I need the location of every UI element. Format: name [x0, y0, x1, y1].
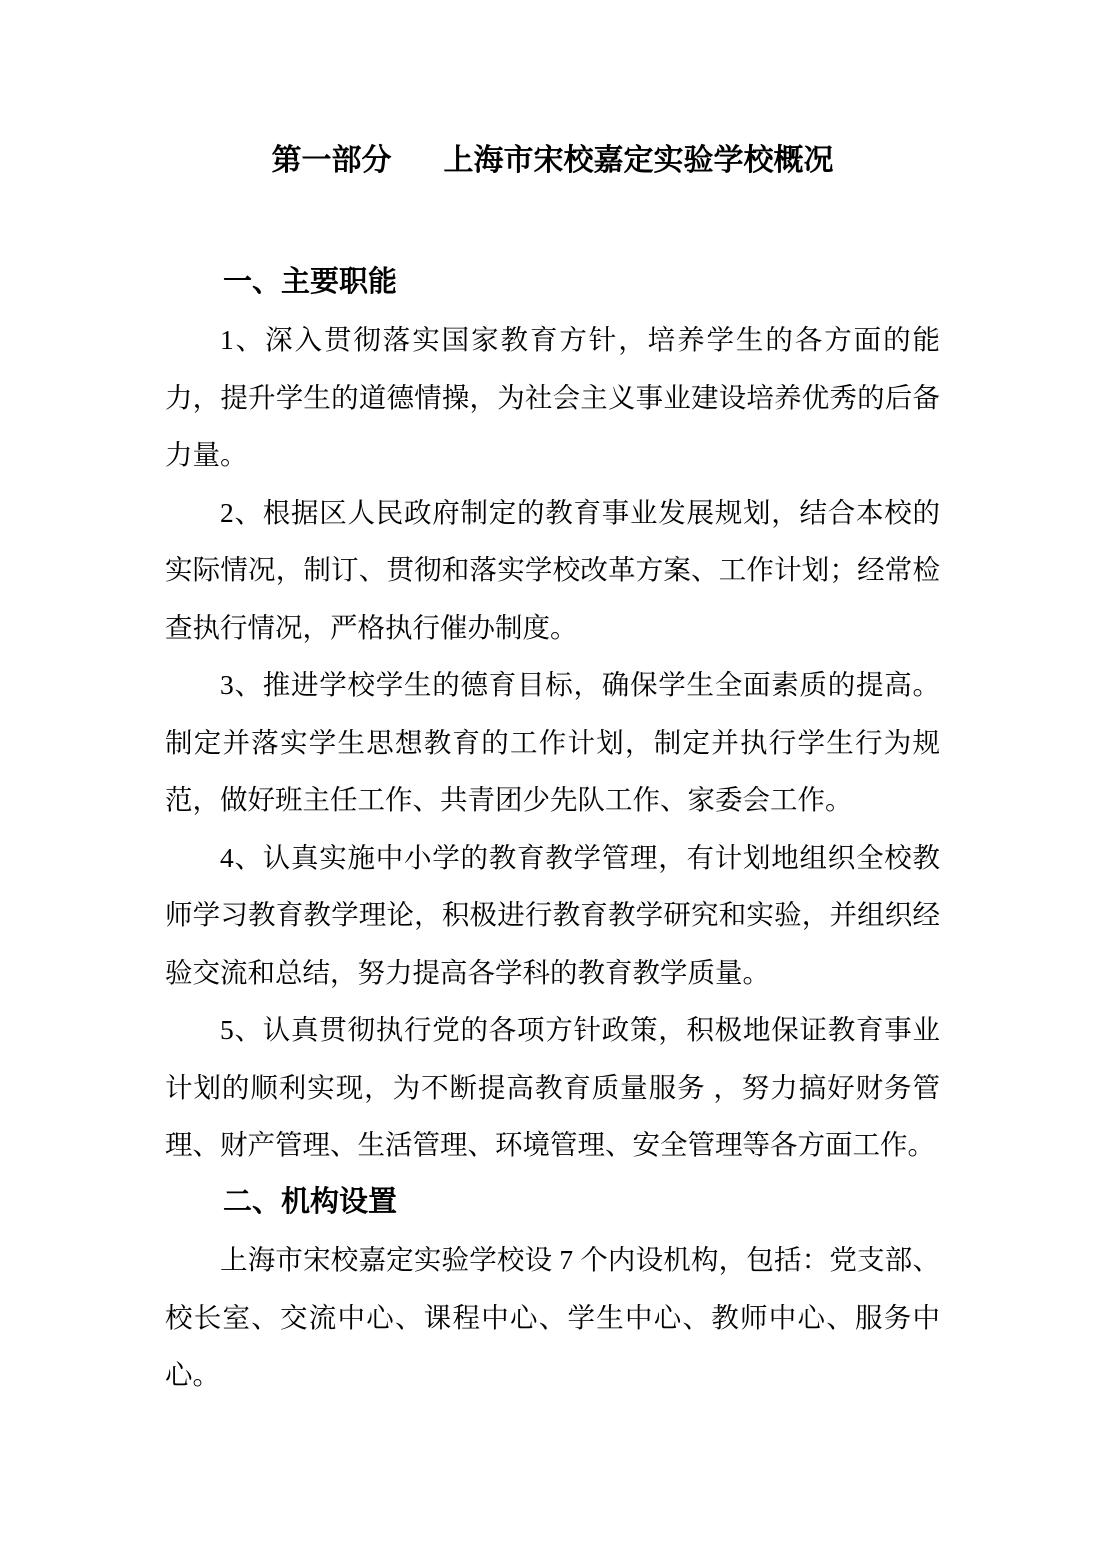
document-title: 第一部分上海市宋校嘉定实验学校概况 — [165, 132, 940, 190]
document-page: 第一部分上海市宋校嘉定实验学校概况 一、主要职能 1、深入贯彻落实国家教育方针，… — [0, 0, 1102, 1559]
section-2-paragraph-1: 上海市宋校嘉定实验学校设 7 个内设机构，包括：党支部、校长室、交流中心、课程中… — [165, 1231, 940, 1404]
title-part-label: 第一部分 — [272, 144, 392, 177]
section-1-paragraph-4: 4、认真实施中小学的教育教学管理，有计划地组织全校教师学习教育教学理论，积极进行… — [165, 829, 940, 1002]
section-1-paragraph-2: 2、根据区人民政府制定的教育事业发展规划，结合本校的实际情况，制订、贯彻和落实学… — [165, 484, 940, 657]
section-1-heading: 一、主要职能 — [165, 254, 940, 312]
section-1-paragraph-3: 3、推进学校学生的德育目标，确保学生全面素质的提高。制定并落实学生思想教育的工作… — [165, 656, 940, 829]
section-2-heading: 二、机构设置 — [165, 1174, 940, 1232]
document-content: 第一部分上海市宋校嘉定实验学校概况 一、主要职能 1、深入贯彻落实国家教育方针，… — [0, 0, 1102, 1404]
title-main-text: 上海市宋校嘉定实验学校概况 — [444, 144, 834, 177]
section-1-paragraph-1: 1、深入贯彻落实国家教育方针，培养学生的各方面的能力，提升学生的道德情操，为社会… — [165, 311, 940, 484]
section-1-paragraph-5: 5、认真贯彻执行党的各项方针政策，积极地保证教育事业计划的顺利实现，为不断提高教… — [165, 1001, 940, 1174]
